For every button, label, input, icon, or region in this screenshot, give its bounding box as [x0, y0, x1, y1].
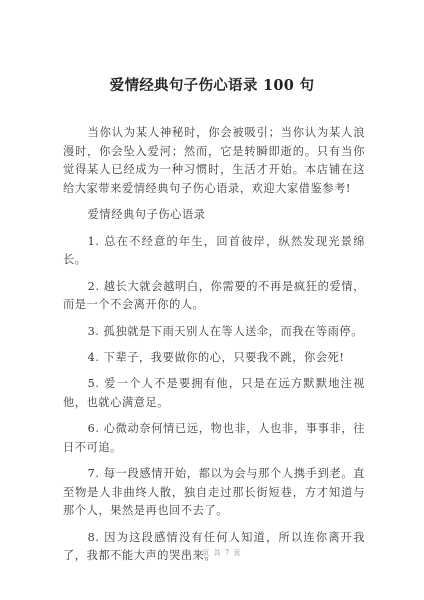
section-subheading: 爱情经典句子伤心语录 [63, 206, 365, 225]
list-item: 7. 每一段感情开始，都以为会与那个人携手到老。直至物是人非曲终人散，独自走过那… [63, 465, 365, 521]
document-title: 爱情经典句子伤心语录 100 句 [0, 74, 424, 95]
intro-paragraph: 当你认为某人神秘时，你会被吸引；当你认为某人浪漫时，你会坠入爱河；然而，它是转瞬… [63, 124, 365, 198]
list-item: 5. 爱一个人不是要拥有他，只是在远方默默地注视他，也就心满意足。 [63, 375, 365, 412]
page-footer: 第 1 页 共 7 页 [0, 548, 424, 558]
list-item: 1. 总在不经意的年生，回首彼岸，纵然发现光景绵长。 [63, 233, 365, 270]
document-body: 当你认为某人神秘时，你会被吸引；当你认为某人浪漫时，你会坠入爱河；然而，它是转瞬… [63, 124, 365, 574]
list-item: 4. 下辈子，我要做你的心，只要我不跳，你会死! [63, 349, 365, 368]
list-item: 2. 越长大就会越明白，你需要的不再是疯狂的爱情，而是一个不会离开你的人。 [63, 278, 365, 315]
list-item: 6. 心微动奈何情已远，物也非，人也非，事事非，往日不可追。 [63, 420, 365, 457]
list-item: 3. 孤独就是下雨天别人在等人送伞，而我在等雨停。 [63, 323, 365, 342]
